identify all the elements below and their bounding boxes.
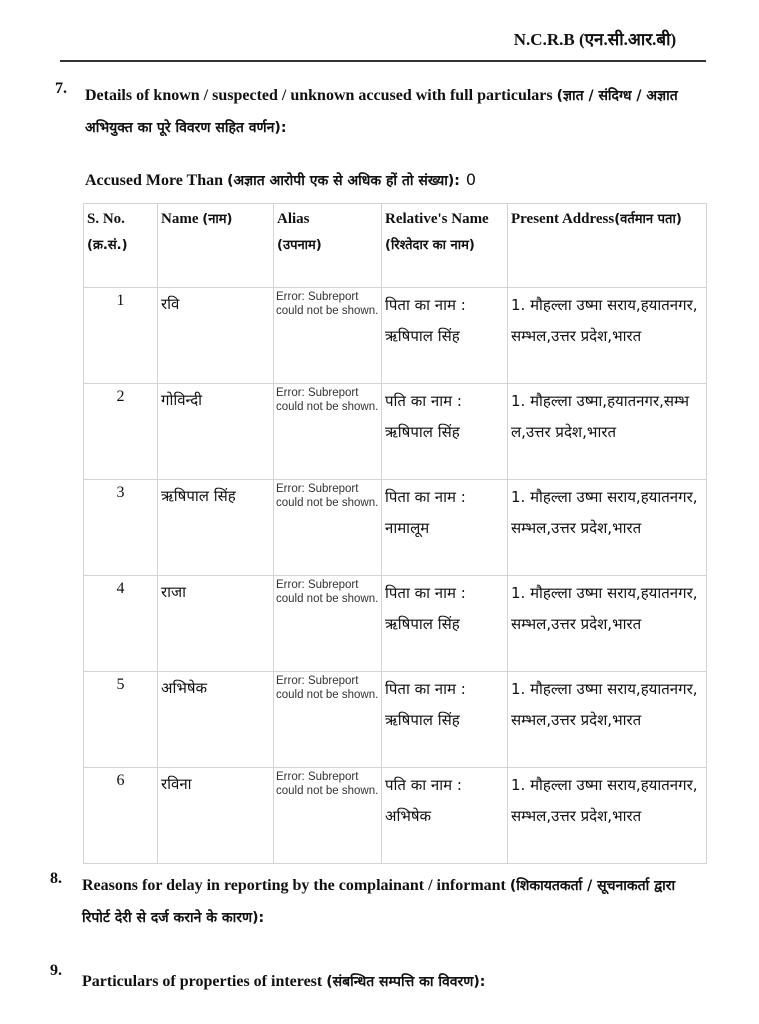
cell-name: अभिषेक xyxy=(158,672,274,768)
section-9-heading-hi: (संबन्धित सम्पत्ति का विवरण): xyxy=(326,974,485,990)
cell-alias: Error: Subreport could not be shown. xyxy=(274,576,382,672)
table-row: 1 रवि Error: Subreport could not be show… xyxy=(84,288,707,384)
accused-table-header: S. No.(क्र.सं.) Name (नाम) Alias(उपनाम) … xyxy=(84,204,707,288)
cell-present-address: 1. मौहल्ला उष्मा सराय,हयातनगर,सम्भल,उत्त… xyxy=(508,768,707,864)
cell-sno: 4 xyxy=(84,576,158,672)
cell-relative-name: पिता का नाम : ऋषिपाल सिंह xyxy=(382,576,508,672)
cell-name: राजा xyxy=(158,576,274,672)
accused-more-label-en: Accused More Than xyxy=(85,172,227,189)
table-row: 3 ऋषिपाल सिंह Error: Subreport could not… xyxy=(84,480,707,576)
section-8-heading: Reasons for delay in reporting by the co… xyxy=(82,870,697,934)
col-header-relative-name: Relative's Name (रिश्तेदार का नाम) xyxy=(382,204,508,288)
cell-present-address: 1. मौहल्ला उष्मा सराय,हयातनगर,सम्भल,उत्त… xyxy=(508,672,707,768)
header-divider xyxy=(60,60,706,62)
col-header-sno: S. No.(क्र.सं.) xyxy=(84,204,158,288)
table-row: 2 गोविन्दी Error: Subreport could not be… xyxy=(84,384,707,480)
section-7-heading-en: Details of known / suspected / unknown a… xyxy=(85,87,557,104)
cell-relative-name: पति का नाम : ऋषिपाल सिंह xyxy=(382,384,508,480)
cell-alias: Error: Subreport could not be shown. xyxy=(274,288,382,384)
cell-alias: Error: Subreport could not be shown. xyxy=(274,672,382,768)
cell-alias: Error: Subreport could not be shown. xyxy=(274,384,382,480)
accused-more-value: 0 xyxy=(466,170,476,189)
cell-relative-name: पिता का नाम : नामालूम xyxy=(382,480,508,576)
cell-present-address: 1. मौहल्ला उष्मा सराय,हयातनगर,सम्भल,उत्त… xyxy=(508,480,707,576)
cell-name: ऋषिपाल सिंह xyxy=(158,480,274,576)
cell-present-address: 1. मौहल्ला उष्मा,हयातनगर,सम्भल,उत्तर प्र… xyxy=(508,384,707,480)
document-header-title: N.C.R.B (एन.सी.आर.बी) xyxy=(480,27,710,50)
cell-sno: 1 xyxy=(84,288,158,384)
cell-sno: 6 xyxy=(84,768,158,864)
accused-table: S. No.(क्र.सं.) Name (नाम) Alias(उपनाम) … xyxy=(83,203,707,864)
section-9-heading: Particulars of properties of interest (स… xyxy=(82,966,702,998)
cell-alias: Error: Subreport could not be shown. xyxy=(274,480,382,576)
section-7-heading: Details of known / suspected / unknown a… xyxy=(85,80,695,144)
section-9-number: 9. xyxy=(50,962,62,980)
table-row: 6 रविना Error: Subreport could not be sh… xyxy=(84,768,707,864)
table-row: 4 राजा Error: Subreport could not be sho… xyxy=(84,576,707,672)
table-row: 5 अभिषेक Error: Subreport could not be s… xyxy=(84,672,707,768)
cell-name: रविना xyxy=(158,768,274,864)
section-8-number: 8. xyxy=(50,870,62,888)
col-header-alias: Alias(उपनाम) xyxy=(274,204,382,288)
col-header-present-address: Present Address(वर्तमान पता) xyxy=(508,204,707,288)
cell-sno: 3 xyxy=(84,480,158,576)
section-8-heading-en: Reasons for delay in reporting by the co… xyxy=(82,877,510,894)
accused-more-than: Accused More Than (अज्ञात आरोपी एक से अध… xyxy=(85,170,476,190)
cell-alias: Error: Subreport could not be shown. xyxy=(274,768,382,864)
cell-name: रवि xyxy=(158,288,274,384)
cell-relative-name: पति का नाम : अभिषेक xyxy=(382,768,508,864)
col-header-name: Name (नाम) xyxy=(158,204,274,288)
cell-relative-name: पिता का नाम : ऋषिपाल सिंह xyxy=(382,672,508,768)
section-9-heading-en: Particulars of properties of interest xyxy=(82,973,326,990)
section-7-number: 7. xyxy=(55,80,67,98)
cell-sno: 2 xyxy=(84,384,158,480)
cell-present-address: 1. मौहल्ला उष्मा सराय,हयातनगर,सम्भल,उत्त… xyxy=(508,576,707,672)
cell-relative-name: पिता का नाम : ऋषिपाल सिंह xyxy=(382,288,508,384)
cell-sno: 5 xyxy=(84,672,158,768)
accused-more-label-hi: (अज्ञात आरोपी एक से अधिक हों तो संख्या): xyxy=(227,173,460,189)
cell-name: गोविन्दी xyxy=(158,384,274,480)
cell-present-address: 1. मौहल्ला उष्मा सराय,हयातनगर,सम्भल,उत्त… xyxy=(508,288,707,384)
